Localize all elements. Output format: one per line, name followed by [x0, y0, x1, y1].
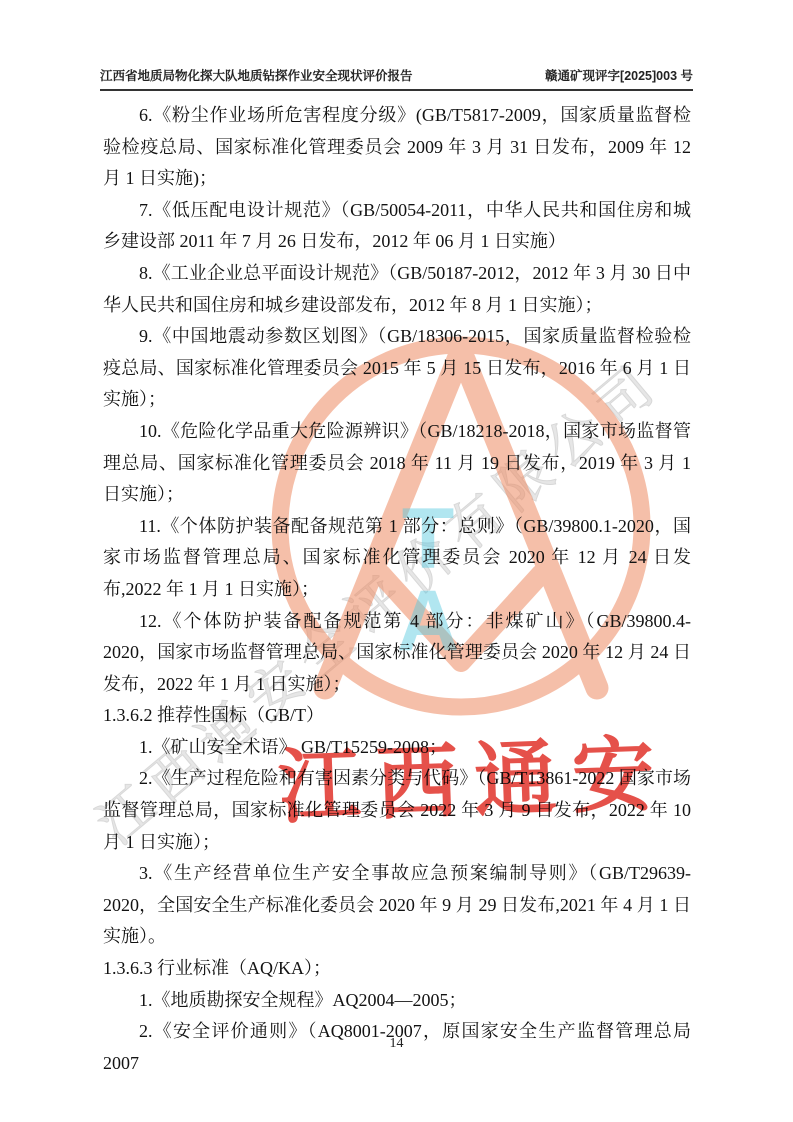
- header-doc-number: 赣通矿现评字[2025]003 号: [545, 66, 693, 84]
- list-paragraph: 1.《地质勘探安全规程》AQ2004—2005；: [103, 985, 691, 1017]
- list-paragraph: 2.《生产过程危险和有害因素分类与代码》（GB/T13861-2022 国家市场…: [103, 763, 691, 858]
- list-paragraph: 6.《粉尘作业场所危害程度分级》(GB/T5817-2009，国家质量监督检验检…: [103, 100, 691, 195]
- list-paragraph: 3.《生产经营单位生产安全事故应急预案编制导则》（GB/T29639-2020，…: [103, 858, 691, 953]
- page-footer: 14: [0, 1036, 793, 1052]
- list-paragraph: 12.《个体防护装备配备规范第 4 部分：非煤矿山》（GB/39800.4-20…: [103, 606, 691, 701]
- page-number: 14: [390, 1036, 404, 1051]
- list-paragraph: 7.《低压配电设计规范》（GB/50054-2011，中华人民共和国住房和城乡建…: [103, 195, 691, 258]
- list-paragraph: 8.《工业企业总平面设计规范》（GB/50187-2012，2012 年 3 月…: [103, 258, 691, 321]
- list-paragraph: 11.《个体防护装备配备规范第 1 部分：总则》（GB/39800.1-2020…: [103, 511, 691, 606]
- list-paragraph: 10.《危险化学品重大危险源辨识》（GB/18218-2018，国家市场监督管理…: [103, 416, 691, 511]
- section-heading: 1.3.6.3 行业标准（AQ/KA）；: [103, 953, 691, 985]
- document-body: 6.《粉尘作业场所危害程度分级》(GB/T5817-2009，国家质量监督检验检…: [103, 100, 691, 1079]
- document-page: 江西通安全评价有限公司 T A 江西通安 江西省地质局物化探大队地质钻探作业安全…: [0, 0, 793, 1122]
- section-heading: 1.3.6.2 推荐性国标（GB/T）: [103, 700, 691, 732]
- header-report-title: 江西省地质局物化探大队地质钻探作业安全现状评价报告: [100, 66, 413, 84]
- page-header: 江西省地质局物化探大队地质钻探作业安全现状评价报告 赣通矿现评字[2025]00…: [100, 66, 693, 91]
- list-paragraph: 9.《中国地震动参数区划图》（GB/18306-2015，国家质量监督检验检疫总…: [103, 321, 691, 416]
- list-paragraph: 1.《矿山安全术语》 GB/T15259-2008；: [103, 732, 691, 764]
